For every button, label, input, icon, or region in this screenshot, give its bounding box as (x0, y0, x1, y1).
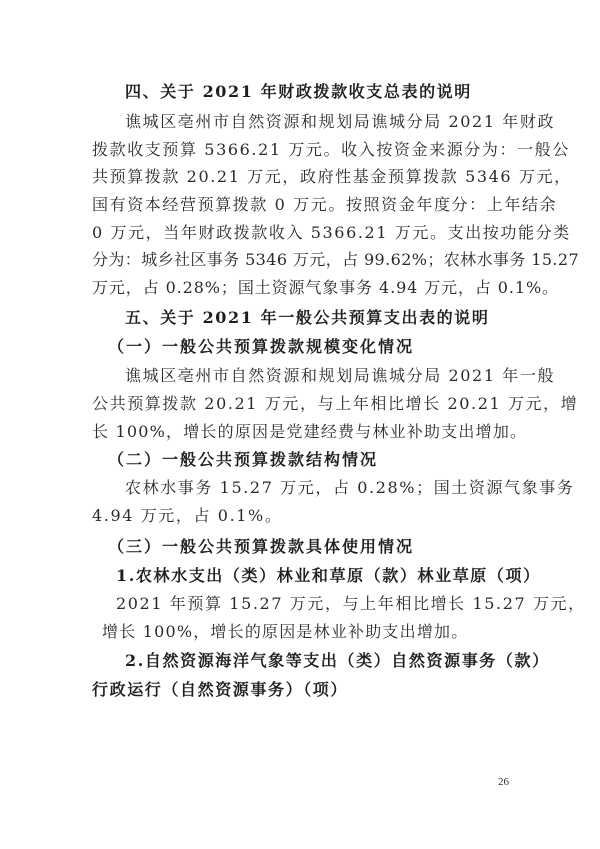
item-heading-2-continued: 行政运行（自然资源事务）（项） (92, 680, 532, 700)
paragraph-line: 公共预算拨款 20.21 万元，与上年相比增长 20.21 万元，增 (92, 394, 532, 414)
section-heading-4: 四、关于 2021 年财政拨款收支总表的说明 (125, 82, 532, 102)
subsection-heading-2: （二）一般公共预算拨款结构情况 (108, 450, 548, 470)
paragraph-line: 0 万元，当年财政拨款收入 5366.21 万元。支出按功能分类 (92, 223, 532, 243)
paragraph-line: 农林水事务 15.27 万元，占 0.28%；国土资源气象事务 (125, 478, 532, 498)
paragraph-line: 国有资本经营预算拨款 0 万元。按照资金年度分：上年结余 (92, 195, 532, 215)
subsection-heading-3: （三）一般公共预算拨款具体使用情况 (108, 537, 548, 557)
document-page: 四、关于 2021 年财政拨款收支总表的说明 谯城区亳州市自然资源和规划局谯城分… (0, 0, 600, 849)
paragraph-line: 4.94 万元，占 0.1%。 (92, 506, 532, 526)
page-number: 26 (498, 776, 509, 788)
item-paragraph-line: 增长 100%，增长的原因是林业补助支出增加。 (102, 622, 542, 642)
paragraph-line: 谯城区亳州市自然资源和规划局谯城分局 2021 年一般 (125, 366, 532, 386)
paragraph-line: 分为：城乡社区事务 5346 万元，占 99.62%；农林水事务 15.27 (92, 250, 532, 270)
item-heading-1: 1.农林水支出（类）林业和草原（款）林业草原（项） (116, 566, 532, 586)
paragraph-line: 长 100%，增长的原因是党建经费与林业补助支出增加。 (92, 422, 532, 442)
paragraph-line: 拨款收支预算 5366.21 万元。收入按资金来源分为：一般公 (92, 140, 532, 160)
paragraph-line: 谯城区亳州市自然资源和规划局谯城分局 2021 年财政 (125, 112, 532, 132)
item-heading-2: 2.自然资源海洋气象等支出（类）自然资源事务（款） (125, 651, 532, 671)
paragraph-line: 共预算拨款 20.21 万元，政府性基金预算拨款 5346 万元， (92, 167, 532, 187)
subsection-heading-1: （一）一般公共预算拨款规模变化情况 (108, 337, 548, 357)
item-paragraph-line: 2021 年预算 15.27 万元，与上年相比增长 15.27 万元， (116, 594, 532, 614)
section-heading-5: 五、关于 2021 年一般公共预算支出表的说明 (125, 308, 532, 328)
paragraph-line: 万元，占 0.28%；国土资源气象事务 4.94 万元，占 0.1%。 (92, 278, 532, 298)
